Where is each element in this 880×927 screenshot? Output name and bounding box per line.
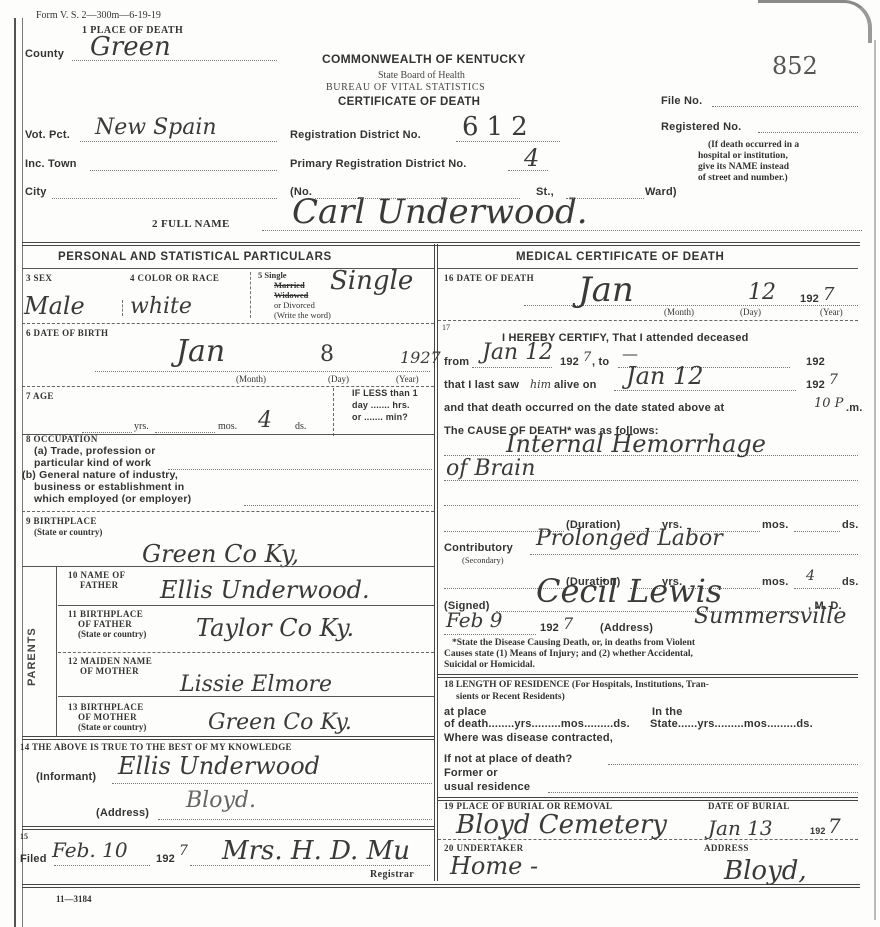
age-mos-label: mos.: [218, 421, 237, 432]
informant-statement: 14 THE ABOVE IS TRUE TO THE BEST OF MY K…: [20, 742, 292, 752]
dod-year-suffix: 7: [823, 284, 834, 305]
birthplace-sub: (State or country): [34, 527, 102, 537]
registrar-value: Mrs. H. D. Mu: [222, 836, 410, 866]
dod-day-label: (Day): [740, 307, 761, 317]
hospital-note-4: of street and number.): [698, 173, 788, 183]
reg-district-label: Registration District No.: [290, 129, 421, 141]
duration-mos-label: mos.: [762, 519, 788, 531]
informant-address-value: Bloyd.: [186, 788, 256, 813]
dob-day: 8: [320, 342, 334, 367]
informant-value: Ellis Underwood: [118, 752, 320, 780]
burial-date-year: 192: [810, 826, 826, 836]
in-the-label: In the: [652, 706, 683, 718]
board-name: State Board of Health: [378, 70, 465, 81]
dob-year-label: (Year): [396, 374, 419, 384]
age-label: 7 AGE: [26, 391, 54, 401]
birthplace-label: 9 BIRTHPLACE: [26, 516, 97, 526]
mother-name-value: Lissie Elmore: [180, 672, 332, 697]
age-ds-label: ds.: [295, 421, 306, 432]
last-saw-text-2: alive on: [554, 379, 597, 391]
father-bp-label-1: 11 BIRTHPLACE: [68, 609, 143, 619]
mother-name-label-2: OF MOTHER: [80, 666, 139, 676]
last-saw-him: him: [530, 378, 551, 391]
occurred-text: and that death occurred on the date stat…: [444, 402, 724, 414]
undertaker-value: Home -: [450, 852, 538, 880]
father-bp-label-3: (State or country): [78, 629, 146, 639]
occurred-m: .m.: [846, 402, 863, 414]
filing-num: 15: [20, 832, 28, 841]
dob-month: Jan: [176, 334, 225, 369]
last-saw-value: Jan 12: [626, 362, 704, 390]
duration-ds-label: ds.: [842, 519, 859, 531]
informant-label: (Informant): [36, 771, 96, 783]
dod-month-label: (Month): [664, 307, 694, 317]
sex-value: Male: [24, 292, 85, 320]
less-than-2: day ....... hrs.: [352, 400, 410, 410]
burial-date-value: Jan 13: [708, 816, 773, 840]
registrar-label: Registrar: [370, 869, 414, 880]
from-year: 192: [560, 356, 579, 368]
burial-date-year-suffix: 7: [828, 814, 841, 838]
contributory-label: Contributory: [444, 542, 513, 554]
medical-section-title: MEDICAL CERTIFICATE OF DEATH: [516, 251, 724, 263]
secondary-label: (Secondary): [462, 555, 504, 565]
cause-note-3: Suicidal or Homicidal.: [444, 660, 535, 670]
sex-label: 3 SEX: [26, 273, 52, 283]
vot-pct-label: Vot. Pct.: [25, 129, 70, 141]
burial-date-label: DATE OF BURIAL: [708, 801, 790, 811]
vot-pct-value: New Spain: [95, 115, 217, 140]
footer-code: 11—3184: [56, 894, 92, 904]
last-saw-year-suffix: 7: [829, 372, 838, 388]
age-yrs-label: yrs.: [134, 421, 149, 432]
hospital-note-3: give its NAME instead: [698, 162, 789, 172]
file-no-label: File No.: [661, 95, 702, 107]
county-label: County: [25, 48, 64, 60]
father-name-value: Ellis Underwood.: [160, 576, 370, 604]
burial-address-label: ADDRESS: [704, 843, 749, 853]
occ-b-2: business or establishment in: [34, 481, 184, 493]
less-than-1: IF LESS than 1: [352, 388, 418, 398]
state-residence: State......yrs.........mos.........ds.: [650, 718, 813, 730]
personal-section-title: PERSONAL AND STATISTICAL PARTICULARS: [58, 251, 332, 263]
burial-place-value: Bloyd Cemetery: [456, 810, 667, 840]
filed-label: Filed: [20, 853, 47, 865]
occ-a-1: (a) Trade, profession or: [34, 445, 156, 457]
cause-line-2: of Brain: [446, 456, 535, 481]
father-name-label-2: FATHER: [80, 580, 119, 590]
cause-line-1: Internal Hemorrhage: [506, 430, 766, 458]
father-name-label-1: 10 NAME OF: [68, 570, 126, 580]
duration2-mos-value: 4: [806, 568, 815, 584]
signed-year-suffix: 7: [563, 614, 573, 633]
medical-address-value: Summersville: [694, 604, 846, 629]
bureau-name: BUREAU OF VITAL STATISTICS: [326, 82, 485, 93]
dod-month: Jan: [578, 270, 634, 310]
hospital-note-1: (If death occurred in a: [708, 140, 799, 150]
cause-note-1: *State the Disease Causing Death, or, in…: [452, 638, 695, 648]
dod-label: 16 DATE OF DEATH: [444, 273, 534, 283]
last-saw-year: 192: [806, 379, 825, 391]
marital-label-single: 5 Single: [258, 270, 287, 280]
usual-residence-label: usual residence: [444, 781, 530, 793]
certificate-number: 852: [772, 52, 818, 80]
dod-year-label: (Year): [820, 307, 843, 317]
from-year-suffix: 7: [583, 350, 591, 365]
where-contracted-label: Where was disease contracted,: [444, 732, 613, 744]
ward-label: Ward): [645, 186, 677, 198]
mother-bp-label-3: (State or country): [78, 722, 146, 732]
to-year: 192: [806, 356, 825, 368]
from-label: from: [444, 356, 469, 368]
filed-year-prefix: 192: [156, 853, 175, 865]
father-bp-value: Taylor Co Ky.: [196, 614, 354, 642]
age-days-value: 4: [258, 408, 272, 433]
hospital-note-2: hospital or institution,: [698, 151, 788, 161]
to-label: , to: [592, 356, 609, 368]
occ-b-1: (b) General nature of industry,: [22, 469, 178, 481]
dob-year: 1927: [400, 348, 441, 367]
contributory-value: Prolonged Labor: [536, 526, 723, 551]
mother-bp-label-1: 13 BIRTHPLACE: [68, 702, 144, 712]
signed-date: Feb 9: [446, 608, 503, 632]
occurred-time: 10 P: [814, 396, 843, 411]
dod-year-prefix: 192: [800, 293, 819, 305]
form-id: Form V. S. 2—300m—6-19-19: [36, 10, 161, 21]
certificate-title: CERTIFICATE OF DEATH: [338, 96, 480, 108]
mother-name-label-1: 12 MAIDEN NAME: [68, 656, 152, 666]
primary-district-value: 4: [524, 144, 539, 172]
cause-note-2: Causes state (1) Means of Injury; and (2…: [444, 649, 693, 659]
dob-day-label: (Day): [328, 374, 349, 384]
paper-edge: [874, 40, 876, 920]
occ-b-3: which employed (or employer): [34, 493, 191, 505]
reg-district-value: 612: [462, 112, 536, 142]
dod-day: 12: [748, 280, 776, 305]
occ-a-2: particular kind of work: [34, 457, 151, 469]
father-bp-label-2: OF FATHER: [78, 619, 132, 629]
st-label: St.,: [536, 186, 554, 198]
filed-year-suffix: 7: [179, 843, 188, 859]
no-label: (No.: [290, 186, 312, 198]
duration2-mos-label: mos.: [762, 576, 788, 588]
primary-district-label: Primary Registration District No.: [290, 158, 467, 170]
county-value: Green: [90, 32, 171, 62]
occupation-label: 8 OCCUPATION: [26, 434, 98, 444]
duration2-ds-label: ds.: [842, 576, 859, 588]
birthplace-value: Green Co Ky,: [142, 540, 299, 568]
last-saw-text-1: that I last saw: [444, 379, 519, 391]
former-label: Former or: [444, 767, 498, 779]
mother-bp-label-2: OF MOTHER: [78, 712, 137, 722]
city-label: City: [25, 186, 47, 198]
medical-address-label: (Address): [600, 622, 653, 634]
dob-month-label: (Month): [236, 374, 266, 384]
marital-label-divorced: or Divorced: [274, 300, 315, 310]
race-label: 4 COLOR OR RACE: [130, 273, 219, 283]
death-certificate: Form V. S. 2—300m—6-19-19 1 PLACE OF DEA…: [0, 0, 880, 927]
race-value: white: [130, 294, 192, 319]
commonwealth-title: COMMONWEALTH OF KENTUCKY: [322, 52, 526, 66]
mother-bp-value: Green Co Ky.: [208, 710, 352, 735]
informant-address-label: (Address): [96, 807, 149, 819]
residence-label-2: sients or Recent Residents): [456, 692, 565, 702]
full-name-label: 2 FULL NAME: [152, 218, 230, 230]
marital-value: Single: [330, 266, 413, 296]
filed-date: Feb. 10: [52, 838, 128, 862]
from-value: Jan 12: [482, 340, 553, 365]
at-place-label: at place: [444, 706, 487, 718]
marital-label-married: Married: [274, 280, 305, 290]
dob-label: 6 DATE OF BIRTH: [26, 328, 108, 338]
registered-no-label: Registered No.: [661, 121, 741, 133]
of-death-residence: of death........yrs.........mos.........…: [444, 718, 630, 730]
inc-town-label: Inc. Town: [25, 158, 77, 170]
signed-year: 192: [540, 622, 559, 634]
parents-label: PARENTS: [26, 627, 38, 686]
burial-address-value: Bloyd,: [724, 856, 807, 886]
less-than-3: or ....... min?: [352, 412, 408, 422]
to-value: —: [622, 344, 638, 363]
marital-label-widowed: Widowed: [274, 290, 308, 300]
residence-label-1: 18 LENGTH OF RESIDENCE (For Hospitals, I…: [444, 680, 709, 690]
num-17: 17: [442, 323, 450, 332]
marital-label-write: (Write the word): [274, 310, 331, 320]
if-not-label: If not at place of death?: [444, 753, 572, 765]
paper-curl: [758, 0, 872, 43]
